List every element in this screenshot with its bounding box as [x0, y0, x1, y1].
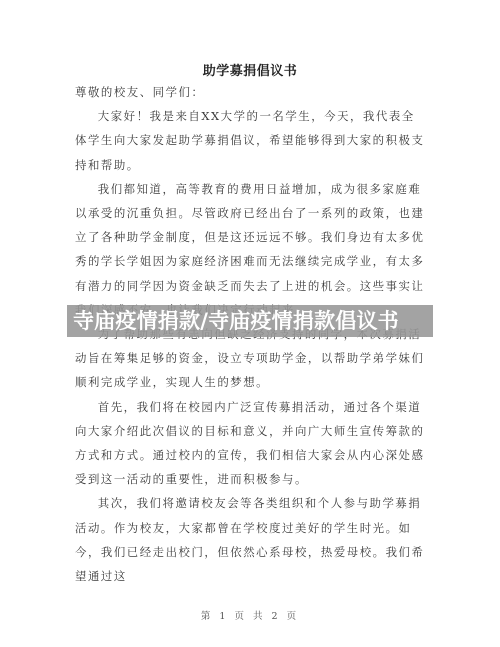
page-number-footer: 第 1 页 共 2 页: [0, 608, 500, 622]
salutation: 尊敬的校友、同学们：: [75, 80, 425, 104]
overlay-banner-text: 寺庙疫情捐款/寺庙疫情捐款倡议书: [67, 305, 399, 337]
paragraph-second-step: 其次，我们将邀请校友会等各类组织和个人参与助学募捐活动。作为校友，大家都曾在学校…: [75, 491, 425, 588]
overlay-title-banner: 寺庙疫情捐款/寺庙疫情捐款倡议书: [67, 305, 433, 337]
document-title: 助学募捐倡议书: [0, 60, 500, 79]
paragraph-first-step: 首先，我们将在校园内广泛宣传募捐活动，通过各个渠道向大家介绍此次倡议的目标和意义…: [75, 395, 425, 492]
paragraph-greeting: 大家好！我是来自XX大学的一名学生，今天，我代表全体学生向大家发起助学募捐倡议，…: [75, 104, 425, 177]
paragraph-background: 我们都知道，高等教育的费用日益增加，成为很多家庭难以承受的沉重负担。尽管政府已经…: [75, 177, 425, 322]
